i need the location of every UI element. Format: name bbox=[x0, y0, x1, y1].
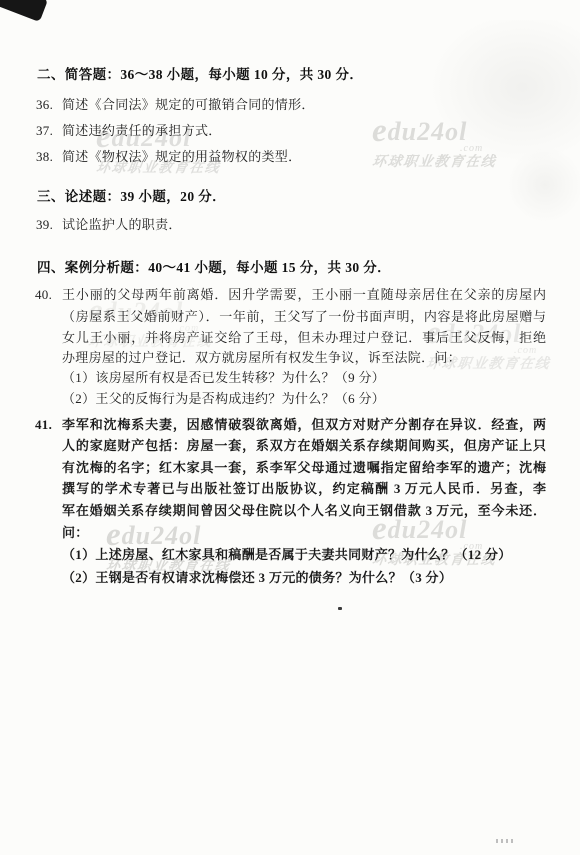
q40-sub-question-2: （2）王父的反悔行为是否构成违约？为什么？（6 分） bbox=[62, 390, 385, 407]
question-38-text: 简述《物权法》规定的用益物权的类型． bbox=[62, 148, 301, 165]
section-heading-short-answer: 二、简答题：36～38 小题，每小题 10 分，共 30 分． bbox=[37, 66, 363, 83]
q41-text-line: 撰写的学术专著已与出版社签订出版协议，约定稿酬 3 万元人民币．另查，李 bbox=[62, 480, 546, 497]
q41-sub-question-1: （1）上述房屋、红木家具和稿酬是否属于夫妻共同财产？为什么？（12 分） bbox=[62, 546, 512, 563]
watermark-domain: .com bbox=[514, 346, 550, 356]
q41-text-line: 人的家庭财产包括：房屋一套，系双方在婚姻关系存续期间购买，但房产证上只 bbox=[62, 437, 546, 454]
q40-text-line: 王小丽的父母两年前离婚．因升学需要，王小丽一直随母亲居住在父亲的房屋内 bbox=[62, 286, 546, 303]
q41-text-line: 军在婚姻关系存续期间曾因父母住院以个人名义向王钢借款 3 万元，至今未还． bbox=[62, 502, 546, 519]
scan-shadow-blob bbox=[500, 140, 580, 230]
edu24ol-logo-icon: e bbox=[372, 116, 387, 146]
question-41-number: 41. bbox=[35, 416, 52, 433]
scan-ink-dot bbox=[338, 607, 342, 610]
question-38-number: 38. bbox=[36, 148, 53, 165]
question-37-number: 37. bbox=[36, 122, 53, 139]
q40-text-line: 办理房屋的过户登记．双方就房屋所有权发生争议，诉至法院．问： bbox=[62, 349, 461, 366]
q40-text-line: （房屋系王父婚前财产）．一年前，王父写了一份书面声明，内容是将此房屋赠与 bbox=[62, 308, 546, 325]
q41-text-line: 有沈梅的名字；红木家具一套，系李军父母通过遗嘱指定留给李军的遗产；沈梅 bbox=[62, 459, 546, 476]
question-36-number: 36. bbox=[36, 96, 53, 113]
question-39-text: 试论监护人的职责． bbox=[62, 216, 182, 233]
exam-paper-page: e du24ol .com 环球职业教育在线 e du24ol .com 环球职… bbox=[0, 0, 580, 855]
section-heading-case-analysis: 四、案例分析题：40～41 小题，每小题 15 分，共 30 分． bbox=[37, 259, 391, 276]
q41-sub-question-2: （2）王钢是否有权请求沈梅偿还 3 万元的债务？为什么？（3 分） bbox=[62, 569, 452, 586]
question-40-number: 40. bbox=[35, 286, 52, 303]
section-heading-essay: 三、论述题：39 小题，20 分． bbox=[37, 188, 226, 205]
question-37-text: 简述违约责任的承担方式． bbox=[62, 122, 222, 139]
page-number-smudge bbox=[496, 839, 514, 843]
scan-corner-artifact bbox=[0, 0, 48, 22]
q40-text-line: 女儿王小丽，并将房产证交给了王母，但未办理过户登记．事后王父反悔，拒绝 bbox=[62, 329, 546, 346]
q41-text-line: 问： bbox=[62, 524, 89, 541]
question-36-text: 简述《合同法》规定的可撤销合同的情形． bbox=[62, 96, 315, 113]
q40-sub-question-1: （1）该房屋所有权是否已发生转移？为什么？（9 分） bbox=[62, 369, 385, 386]
question-39-number: 39. bbox=[36, 216, 53, 233]
q41-text-line: 李军和沈梅系夫妻，因感情破裂欲离婚，但双方对财产分割存在异议．经查，两 bbox=[62, 416, 546, 433]
